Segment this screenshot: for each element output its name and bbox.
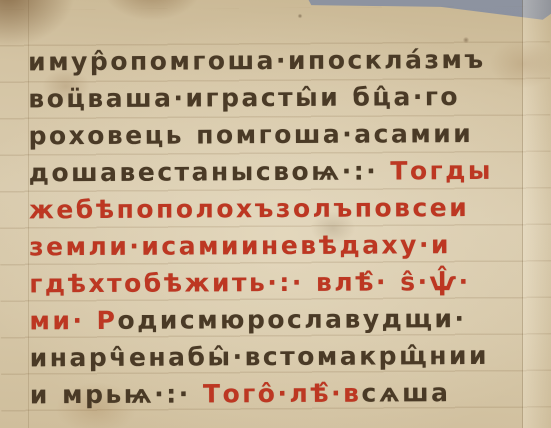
manuscript-line: и мрьѩ·:· Того̂·лѣ̂·всѧша (30, 374, 540, 414)
manuscript-line: земли·исамииневѣдаху·и (29, 226, 539, 266)
text-segment: ми· Р (29, 306, 117, 335)
text-segment: имур̂опомгоша·ипосклáзмъ (28, 45, 486, 76)
text-segment: жебѣпополохъзолъповсеи (29, 193, 469, 224)
text-segment: и мрьѩ·:· (30, 379, 203, 409)
manuscript-line: инарч̂енабы̂·встомакрщ̂нии (30, 337, 540, 377)
manuscript-line: дошавестанысвоѩ·:· Тогды (29, 152, 539, 192)
manuscript-line: гдѣхтобѣжить·:· влѣ̂· ѕ̂·ѱ̂· (29, 263, 539, 303)
text-segment: Тогды (390, 156, 493, 186)
manuscript-photo: имур̂опомгоша·ипосклáзмъвоц̈ваша·играсты… (0, 0, 551, 428)
text-segment: дошавестанысвоѩ·:· (29, 156, 391, 187)
text-segment: инарч̂енабы̂·встомакрщ̂нии (30, 341, 489, 372)
text-segment: гдѣхтобѣжить·:· влѣ̂· ѕ̂·ѱ̂· (29, 267, 470, 298)
manuscript-line: имур̂опомгоша·ипосклáзмъ (28, 41, 538, 81)
text-segment: воц̈ваша·играсты̂и бц̂а·го (28, 82, 460, 113)
manuscript-line: роховець помгоша·асамии (28, 115, 538, 155)
manuscript-line: воц̈ваша·играсты̂и бц̂а·го (28, 78, 538, 118)
text-segment: земли·исамииневѣдаху·и (29, 230, 451, 261)
text-segment: Того̂·лѣ̂·в (203, 379, 362, 409)
manuscript-text: имур̂опомгоша·ипосклáзмъвоц̈ваша·играсты… (28, 41, 540, 414)
manuscript-line: ми· Родисмюрославудщи· (29, 300, 539, 340)
text-segment: роховець помгоша·асамии (28, 119, 473, 150)
manuscript-line: жебѣпополохъзолъповсеи (29, 189, 539, 229)
text-segment: сѧша (361, 378, 450, 407)
text-segment: одисмюрославудщи· (117, 304, 466, 335)
